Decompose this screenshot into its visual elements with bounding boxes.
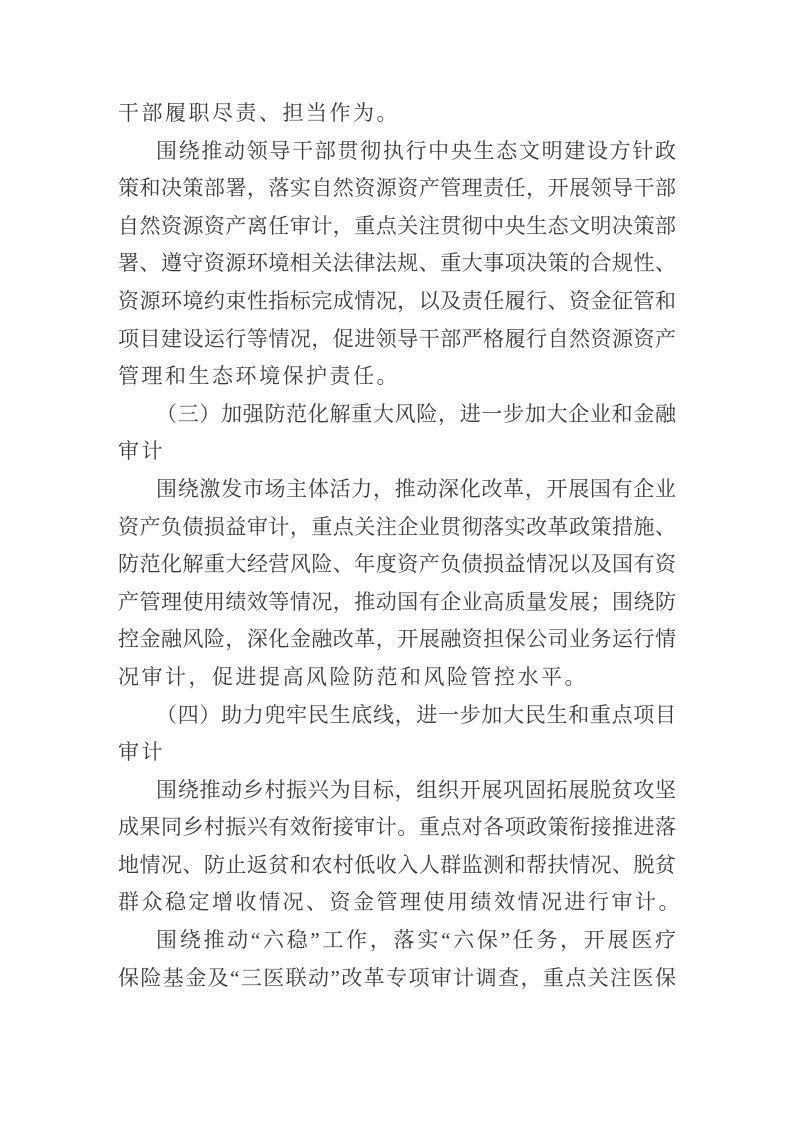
document-page: 干部履职尽责、担当作为。围绕推动领导干部贯彻执行中央生态文明建设方针政策和决策部…: [0, 0, 793, 1122]
text-line: 自然资源资产离任审计，重点关注贯彻中央生态文明决策部: [118, 208, 676, 246]
text-line: 围绕激发市场主体活力，推动深化改革，开展国有企业: [118, 471, 676, 509]
text-line: 产管理使用绩效等情况，推动国有企业高质量发展；围绕防: [118, 584, 676, 622]
text-line: 控金融风险，深化金融改革，开展融资担保公司业务运行情: [118, 621, 676, 659]
text-line: 围绕推动“六稳”工作，落实“六保”任务，开展医疗: [118, 922, 676, 960]
text-line: 审计: [118, 734, 676, 772]
text-line: 策和决策部署，落实自然资源资产管理责任，开展领导干部: [118, 170, 676, 208]
text-line: 况审计，促进提高风险防范和风险管控水平。: [118, 659, 676, 697]
text-line: 成果同乡村振兴有效衔接审计。重点对各项政策衔接推进落: [118, 809, 676, 847]
document-text-block: 干部履职尽责、担当作为。围绕推动领导干部贯彻执行中央生态文明建设方针政策和决策部…: [118, 95, 676, 997]
text-line: 署、遵守资源环境相关法律法规、重大事项决策的合规性、: [118, 245, 676, 283]
text-line: 围绕推动领导干部贯彻执行中央生态文明建设方针政: [118, 133, 676, 171]
text-line: （三）加强防范化解重大风险，进一步加大企业和金融: [118, 396, 676, 434]
text-line: 资产负债损益审计，重点关注企业贯彻落实改革政策措施、: [118, 509, 676, 547]
text-line: 管理和生态环境保护责任。: [118, 358, 676, 396]
text-line: 防范化解重大经营风险、年度资产负债损益情况以及国有资: [118, 546, 676, 584]
text-line: 项目建设运行等情况，促进领导干部严格履行自然资源资产: [118, 321, 676, 359]
text-line: 干部履职尽责、担当作为。: [118, 95, 676, 133]
text-line: 审计: [118, 433, 676, 471]
text-line: 群众稳定增收情况、资金管理使用绩效情况进行审计。: [118, 884, 676, 922]
text-line: 地情况、防止返贫和农村低收入人群监测和帮扶情况、脱贫: [118, 847, 676, 885]
text-line: 资源环境约束性指标完成情况，以及责任履行、资金征管和: [118, 283, 676, 321]
text-line: 围绕推动乡村振兴为目标，组织开展巩固拓展脱贫攻坚: [118, 772, 676, 810]
text-line: （四）助力兜牢民生底线，进一步加大民生和重点项目: [118, 697, 676, 735]
text-line: 保险基金及“三医联动”改革专项审计调查，重点关注医保: [118, 960, 676, 998]
